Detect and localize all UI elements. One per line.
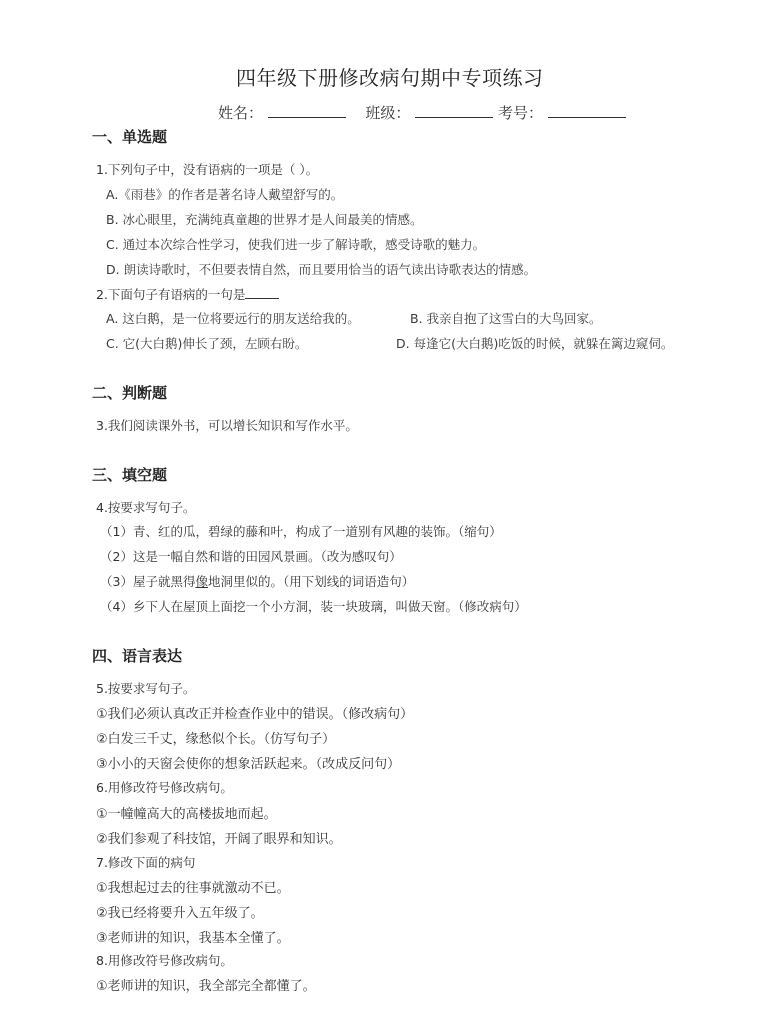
id-blank[interactable] xyxy=(548,103,626,118)
sub-item: ①我想起过去的往事就激动不已。 xyxy=(96,877,290,896)
sub-item: ①一幢幢高大的高楼拔地而起。 xyxy=(96,803,277,822)
sub-item: ②我已经将要升入五年级了。 xyxy=(96,902,264,921)
question-stem: 4.按要求写句子。 xyxy=(96,498,195,516)
page-title: 四年级下册修改病句期中专项练习 xyxy=(236,62,544,91)
sub-item: ③老师讲的知识，我基本全懂了。 xyxy=(96,927,290,946)
question-stem: 6.用修改符号修改病句。 xyxy=(96,778,233,796)
id-label: 考号： xyxy=(498,104,543,122)
name-label: 姓名： xyxy=(218,104,263,122)
sub-item: ①老师讲的知识，我全部完全都懂了。 xyxy=(96,975,316,994)
option-c: C. 通过本次综合性学习，使我们进一步了解诗歌，感受诗歌的魅力。 xyxy=(106,235,485,253)
question-stem: 1.下列句子中，没有语病的一项是（ ）。 xyxy=(96,160,318,178)
sub-item: ③小小的天窗会使你的想象活跃起来。（改成反问句） xyxy=(96,753,400,772)
sub-item: ②白发三千丈，缘愁似个长。（仿写句子） xyxy=(96,728,335,747)
sub-item: ②我们参观了科技馆，开阔了眼界和知识。 xyxy=(96,828,342,847)
sub-item: （4）乡下人在屋顶上面挖一个小方洞，装一块玻璃，叫做天窗。（修改病句） xyxy=(100,597,527,615)
answer-blank[interactable] xyxy=(245,286,279,299)
question-stem: 8.用修改符号修改病句。 xyxy=(96,951,233,969)
class-label: 班级： xyxy=(365,104,410,122)
section-heading: 二、判断题 xyxy=(92,382,167,403)
section-heading: 三、填空题 xyxy=(92,464,167,485)
sub-item: （3）屋子就黑得像地洞里似的。（用下划线的词语造句） xyxy=(100,572,414,590)
option-b: B. 我亲自抱了这雪白的大鸟回家。 xyxy=(410,309,602,327)
question-stem: 5.按要求写句子。 xyxy=(96,679,195,697)
sub-item: ①我们必须认真改正并检查作业中的错误。（修改病句） xyxy=(96,703,413,722)
underlined-word: 像 xyxy=(195,574,208,589)
option-d: D. 每逢它(大白鹅)吃饭的时候，就躲在篱边窥伺。 xyxy=(396,334,673,352)
option-a: A.《雨巷》的作者是著名诗人戴望舒写的。 xyxy=(106,185,343,203)
section-heading: 四、语言表达 xyxy=(92,645,182,666)
sub-item: （2）这是一幅自然和谐的田园风景画。（改为感叹句） xyxy=(100,547,402,565)
option-d: D. 朗读诗歌时，不但要表情自然，而且要用恰当的语气读出诗歌表达的情感。 xyxy=(106,260,536,278)
question-stem: 7.修改下面的病句 xyxy=(96,853,195,871)
student-info-row: 姓名： 班级： 考号： xyxy=(218,102,626,123)
name-blank[interactable] xyxy=(268,103,346,118)
question-stem: 3.我们阅读课外书，可以增长知识和写作水平。 xyxy=(96,416,358,434)
option-c: C. 它(大白鹅)伸长了颈，左顾右盼。 xyxy=(106,334,307,352)
sub-item: （1）青、红的瓜，碧绿的藤和叶，构成了一道别有风趣的装饰。（缩句） xyxy=(100,522,502,540)
class-blank[interactable] xyxy=(415,103,493,118)
section-heading: 一、单选题 xyxy=(92,126,167,147)
option-b: B. 冰心眼里，充满纯真童趣的世界才是人间最美的情感。 xyxy=(106,210,423,228)
option-a: A. 这白鹅，是一位将要远行的朋友送给我的。 xyxy=(106,309,360,327)
question-stem: 2.下面句子有语病的一句是 xyxy=(96,285,279,303)
